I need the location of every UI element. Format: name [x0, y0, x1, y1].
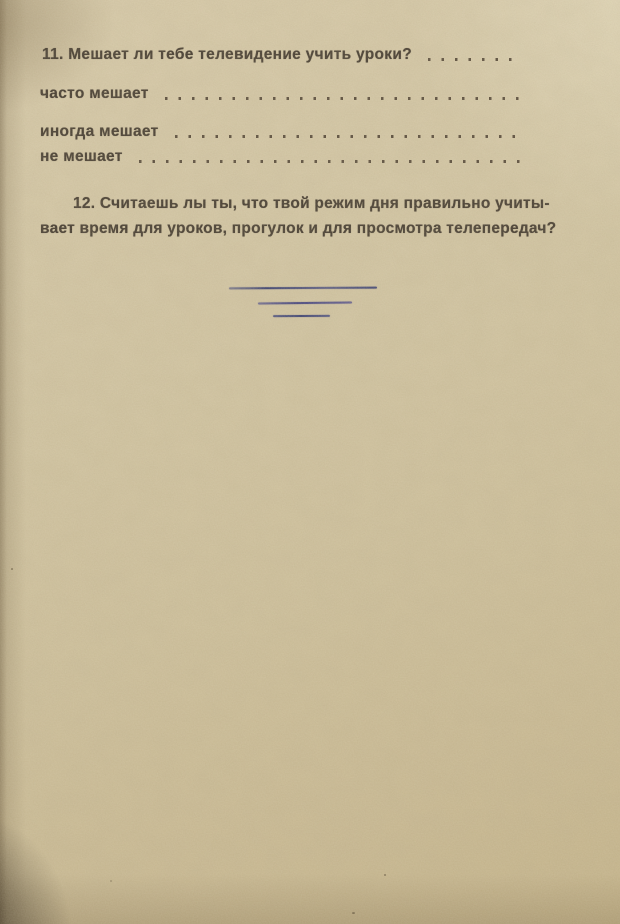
pen-stroke — [229, 287, 377, 290]
pen-stroke — [258, 302, 352, 305]
book-page: 11. Мешает ли тебе телевидение учить уро… — [0, 0, 620, 924]
pen-stroke — [273, 315, 330, 318]
pen-strokes — [0, 0, 620, 924]
